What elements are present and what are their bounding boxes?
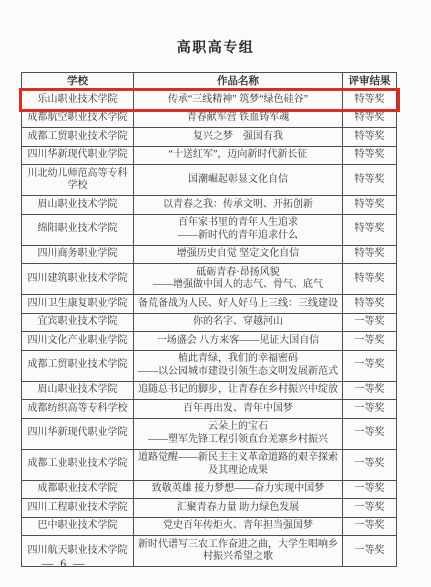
school-cell: 成都工贸职业技术学院 [22,350,134,381]
work-cell: 百年家书里的青年人生追求 ——新时代的青年追求什么 [134,214,343,245]
table-row: 乐山职业技术学院传承“三线精神” 筑梦“绿色硅谷”特等奖 [22,91,397,110]
table-row: 四川华新现代职业学院“十送红军”，迈向新时代新长征特等奖 [22,146,397,165]
work-cell: 新时代谱写三农工作奋进之曲，大学生唱响乡村振兴希望之歌 [134,536,343,567]
table-row: 成都工业职业技术学院道路觉醒——新民主主义革命道路的艰辛探索 及其理论成果一等奖 [22,449,397,480]
school-cell: 宜宾职业技术学院 [22,313,134,332]
school-cell: 巴中职业技术学院 [22,517,134,536]
work-cell: 致敬英雄 接力梦想——奋力实现中国梦 [134,480,343,499]
header-row: 学校 作品名称 评审结果 [22,73,397,91]
table-row: 成都航空职业技术学院青春献军营 铁血铸军魂特等奖 [22,109,397,128]
work-cell: 复兴之梦 强国有我 [134,128,343,147]
result-cell: 一等奖 [343,313,397,332]
school-cell: 眉山职业技术学院 [22,196,134,215]
table-row: 成都纺织高等专科学校百年再出发、青年中国梦一等奖 [22,400,397,419]
table-row: 四川文化产业职业学院一场盛会 八方来客——见证大国自信一等奖 [22,332,397,351]
work-cell: 一场盛会 八方来客——见证大国自信 [134,332,343,351]
work-cell: 追随总书记的脚步，让青春在乡村振兴中绽放 [134,381,343,400]
result-cell: 一等奖 [343,332,397,351]
school-cell: 绵阳职业技术学院 [22,214,134,245]
table-row: 宜宾职业技术学院你的名字、穿越河山一等奖 [22,313,397,332]
result-cell: 一等奖 [343,350,397,381]
result-cell: 一等奖 [343,499,397,518]
result-cell: 一等奖 [343,480,397,499]
result-cell: 特等奖 [343,245,397,264]
table-row: 四川华新现代职业学院云朵上的宝石 ——塑军先锋工程引领直台羌寨乡村振兴一等奖 [22,418,397,449]
result-cell: 一等奖 [343,418,397,449]
result-cell: 特等奖 [343,295,397,314]
work-cell: 国潮崛起彰显文化自信 [134,165,343,196]
school-cell: 四川商务职业学院 [22,245,134,264]
work-cell: 道路觉醒——新民主主义革命道路的艰辛探索 及其理论成果 [134,449,343,480]
school-cell: 四川华新现代职业学院 [22,418,134,449]
school-cell: 四川文化产业职业学院 [22,332,134,351]
school-cell: 川北幼儿师范高等专科学校 [22,165,134,196]
work-cell: 青春献军营 铁血铸军魂 [134,109,343,128]
table-row: 四川商务职业学院增强历史自觉 坚定文化自信特等奖 [22,245,397,264]
table-body: 乐山职业技术学院传承“三线精神” 筑梦“绿色硅谷”特等奖成都航空职业技术学院青春… [22,91,397,567]
result-cell: 一等奖 [343,449,397,480]
column-header-school: 学校 [22,73,134,91]
school-cell: 成都职业技术学院 [22,480,134,499]
result-cell: 一等奖 [343,536,397,567]
work-cell: 砥砺青春·昂扬风貌 ——增强做中国人的志气、骨气、底气 [134,264,343,295]
table-row: 眉山职业技术学院以青春之我：传承文明、开拓创新特等奖 [22,196,397,215]
work-cell: 增强历史自觉 坚定文化自信 [134,245,343,264]
school-cell: 四川华新现代职业学院 [22,146,134,165]
work-cell: 党史百年传炬火、青年担当强国梦 [134,517,343,536]
work-cell: 云朵上的宝石 ——塑军先锋工程引领直台羌寨乡村振兴 [134,418,343,449]
column-header-result: 评审结果 [343,73,397,91]
work-cell: 百年再出发、青年中国梦 [134,400,343,419]
page-title: 高职高专组 [0,37,431,57]
table-row: 成都工贸职业技术学院植此青绿，我们的幸福密码 ——以公园城市建设引领生态文明发展… [22,350,397,381]
awards-table: 学校 作品名称 评审结果 乐山职业技术学院传承“三线精神” 筑梦“绿色硅谷”特等… [21,72,397,567]
result-cell: 特等奖 [343,165,397,196]
work-cell: 备荒备战为人民、好人好马上三线：三线建设 [134,295,343,314]
table-row: 四川工程职业技术学院汇聚青春力量 助力绿色发展一等奖 [22,499,397,518]
result-cell: 特等奖 [343,214,397,245]
table-row: 巴中职业技术学院党史百年传炬火、青年担当强国梦一等奖 [22,517,397,536]
table-row: 成都职业技术学院致敬英雄 接力梦想——奋力实现中国梦一等奖 [22,480,397,499]
school-cell: 眉山职业技术学院 [22,381,134,400]
school-cell: 成都纺织高等专科学校 [22,400,134,419]
result-cell: 特等奖 [343,146,397,165]
work-cell: 植此青绿，我们的幸福密码 ——以公园城市建设引领生态文明发展新范式 [134,350,343,381]
page-number: — 6 — [42,558,87,570]
school-cell: 四川工程职业技术学院 [22,499,134,518]
result-cell: 特等奖 [343,128,397,147]
table-row: 眉山职业技术学院追随总书记的脚步，让青春在乡村振兴中绽放一等奖 [22,381,397,400]
result-cell: 一等奖 [343,517,397,536]
table-row: 川北幼儿师范高等专科学校国潮崛起彰显文化自信特等奖 [22,165,397,196]
school-cell: 成都航空职业技术学院 [22,109,134,128]
table-row: 成都工贸职业技术学院复兴之梦 强国有我特等奖 [22,128,397,147]
table-row: 四川建筑职业技术学院砥砺青春·昂扬风貌 ——增强做中国人的志气、骨气、底气特等奖 [22,264,397,295]
school-cell: 四川卫生康复职业学院 [22,295,134,314]
school-cell: 四川建筑职业技术学院 [22,264,134,295]
table-row: 四川卫生康复职业学院备荒备战为人民、好人好马上三线：三线建设特等奖 [22,295,397,314]
work-cell: 传承“三线精神” 筑梦“绿色硅谷” [134,91,343,110]
result-cell: 一等奖 [343,400,397,419]
result-cell: 特等奖 [343,109,397,128]
table-row: 绵阳职业技术学院百年家书里的青年人生追求 ——新时代的青年追求什么特等奖 [22,214,397,245]
result-cell: 特等奖 [343,91,397,110]
school-cell: 乐山职业技术学院 [22,91,134,110]
work-cell: 汇聚青春力量 助力绿色发展 [134,499,343,518]
work-cell: 你的名字、穿越河山 [134,313,343,332]
result-cell: 特等奖 [343,196,397,215]
work-cell: 以青春之我：传承文明、开拓创新 [134,196,343,215]
work-cell: “十送红军”，迈向新时代新长征 [134,146,343,165]
result-cell: 特等奖 [343,264,397,295]
column-header-work: 作品名称 [134,73,343,91]
school-cell: 成都工贸职业技术学院 [22,128,134,147]
result-cell: 一等奖 [343,381,397,400]
school-cell: 成都工业职业技术学院 [22,449,134,480]
